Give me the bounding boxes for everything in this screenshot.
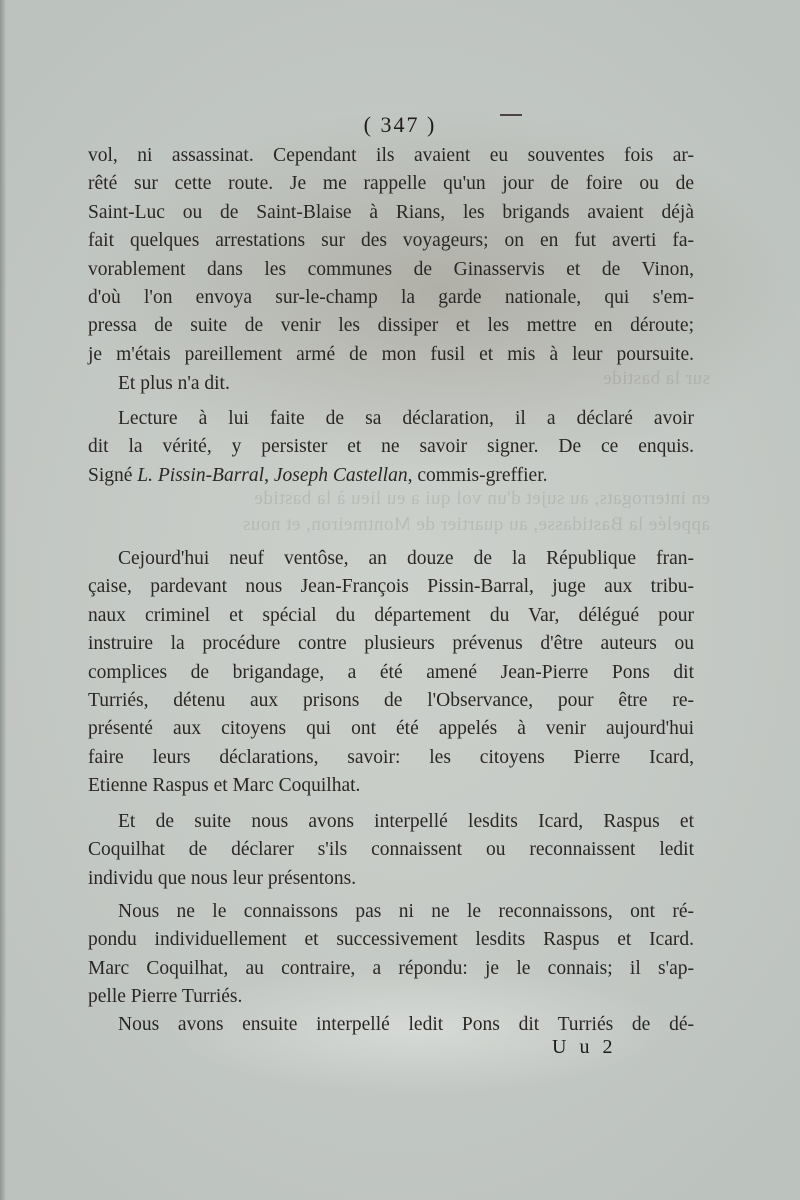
paragraph-reponse: Nous ne le connaissons pas ni ne le reco… bbox=[88, 898, 694, 1012]
page-number: ( 347 ) bbox=[0, 112, 800, 138]
text-line: fait quelques arrestations sur des voyag… bbox=[88, 227, 694, 255]
paragraph-continuation: vol, ni assassinat. Cependant ils avaien… bbox=[88, 142, 694, 369]
text-line: Coquilhat de déclarer s'ils connaissent … bbox=[88, 836, 694, 864]
text-line: faire leurs déclarations, savoir: les ci… bbox=[88, 744, 694, 772]
paragraph-lecture: Lecture à lui faite de sa déclaration, i… bbox=[88, 405, 694, 490]
text-line: Et plus n'a dit. bbox=[88, 370, 694, 398]
signature-separator: , bbox=[264, 465, 274, 486]
text-line: Et de suite nous avons interpellé lesdit… bbox=[88, 808, 694, 836]
header-dash bbox=[500, 114, 522, 116]
text-line: je m'étais pareillement armé de mon fusi… bbox=[88, 341, 694, 369]
text-line: dit la vérité, y persister et ne savoir … bbox=[88, 433, 694, 461]
text-line: instruire la procédure contre plusieurs … bbox=[88, 630, 694, 658]
text-line: individu que nous leur présentons. bbox=[88, 865, 694, 893]
text-line: vol, ni assassinat. Cependant ils avaien… bbox=[88, 142, 694, 170]
text-line: Etienne Raspus et Marc Coquilhat. bbox=[88, 772, 694, 800]
signature-mark: U u 2 bbox=[552, 1036, 616, 1059]
document-page: sur la bastide en interrogats, au sujet … bbox=[0, 0, 800, 1200]
text-line: Marc Coquilhat, au contraire, a répondu:… bbox=[88, 955, 694, 983]
paragraph-cejourdhui: Cejourd'hui neuf ventôse, an douze de la… bbox=[88, 545, 694, 801]
text-line: naux criminel et spécial du département … bbox=[88, 602, 694, 630]
text-line: Cejourd'hui neuf ventôse, an douze de la… bbox=[88, 545, 694, 573]
text-line: pelle Pierre Turriés. bbox=[88, 983, 694, 1011]
text-line: rêté sur cette route. Je me rappelle qu'… bbox=[88, 170, 694, 198]
text-line: Lecture à lui faite de sa déclaration, i… bbox=[88, 405, 694, 433]
paragraph-interpellation: Et de suite nous avons interpellé lesdit… bbox=[88, 808, 694, 893]
text-line: d'où l'on envoya sur-le-champ la garde n… bbox=[88, 284, 694, 312]
text-line: çaise, pardevant nous Jean-François Piss… bbox=[88, 573, 694, 601]
text-line: Saint-Luc ou de Saint-Blaise à Rians, le… bbox=[88, 199, 694, 227]
text-line: complices de brigandage, a été amené Jea… bbox=[88, 659, 694, 687]
signatory-name: Joseph Castellan bbox=[274, 465, 408, 486]
signature-suffix: , commis-greffier. bbox=[408, 465, 548, 486]
text-line: Turriés, détenu aux prisons de l'Observa… bbox=[88, 687, 694, 715]
text-line: Nous ne le connaissons pas ni ne le reco… bbox=[88, 898, 694, 926]
bleed-through-line: en interrogats, au sujet d'un vol qui a … bbox=[100, 488, 710, 510]
signature-line: Signé L. Pissin-Barral, Joseph Castellan… bbox=[88, 462, 694, 490]
text-line: pressa de suite de venir les dissiper et… bbox=[88, 312, 694, 340]
text-line: présenté aux citoyens qui ont été appelé… bbox=[88, 715, 694, 743]
page-edge-shadow bbox=[0, 0, 6, 1200]
paragraph-et-plus: Et plus n'a dit. bbox=[88, 370, 694, 398]
bleed-through-line: appelée la Bastidasse, au quartier de Mo… bbox=[100, 514, 710, 536]
text-line: vorablement dans les communes de Ginasse… bbox=[88, 256, 694, 284]
signatory-name: L. Pissin-Barral bbox=[137, 465, 264, 486]
signature-prefix: Signé bbox=[88, 465, 137, 486]
text-line: pondu individuellement et successivement… bbox=[88, 926, 694, 954]
